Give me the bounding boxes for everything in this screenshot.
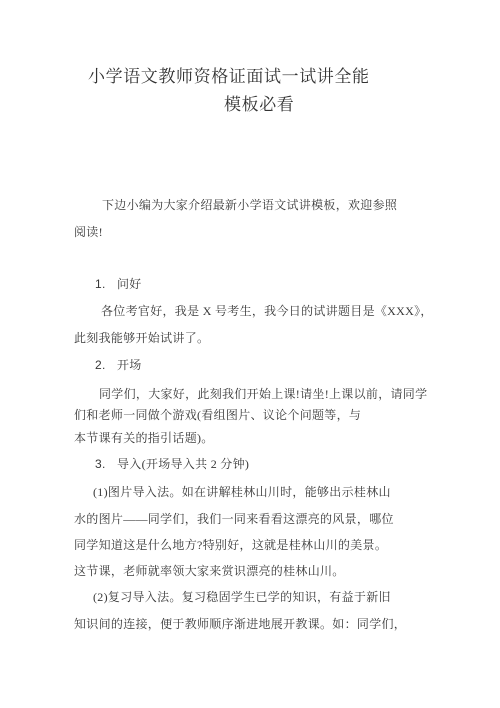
list-item-2-opening: 2.开场 [95,357,142,373]
document-page: 小学语文教师资格证面试一试讲全能 模板必看 下边小编为大家介绍最新小学语文试讲模… [0,0,500,708]
method1-paragraph-line-1: (1)图片导入法。如在讲解桂林山川时，能够出示桂林山 [93,484,391,500]
method2-paragraph-line-1: (2)复习导入法。复习稳固学生已学的知识，有益于新旧 [93,589,391,605]
page-title-line-2: 模板必看 [224,93,294,116]
list-item-number: 3. [95,456,117,472]
greeting-paragraph-line-1: 各位考官好，我是 X 号考生，我今日的试讲题目是《XXX》， [101,303,433,319]
greeting-paragraph-line-2: 此刻我能够开始试讲了。 [74,330,209,346]
method1-paragraph-line-2: 水的图片——同学们，我们一同来看看这漂亮的风景，哪位 [74,511,394,527]
page-title-line-1: 小学语文教师资格证面试一试讲全能 [88,65,370,88]
list-item-1-greeting: 1.问好 [95,276,142,292]
intro-paragraph-line-2: 阅读! [74,224,103,240]
intro-paragraph-line-1: 下边小编为大家介绍最新小学语文试讲模板，欢迎参照 [102,197,397,213]
list-item-number: 2. [95,357,117,373]
opening-paragraph-line-2: 们和老师一同做个游戏(看组图片、议论个问题等，与 [74,407,361,423]
opening-paragraph-line-3: 本节课有关的指引话题)。 [74,430,214,446]
method2-paragraph-line-2: 知识间的连接，便于教师顺序渐进地展开教课。如：同学们， [74,616,406,632]
list-item-label: 问好 [117,277,142,291]
method1-paragraph-line-4: 这节课，老师就率领大家来赏识漂亮的桂林山川。 [74,563,345,579]
list-item-number: 1. [95,276,117,292]
list-item-label: 导入(开场导入共 2 分钟) [117,457,249,471]
list-item-3-lead-in: 3.导入(开场导入共 2 分钟) [95,456,249,472]
list-item-label: 开场 [117,358,142,372]
method1-paragraph-line-3: 同学知道这是什么地方?特别好，这就是桂林山川的美景。 [74,537,387,553]
opening-paragraph-line-1: 同学们，大家好，此刻我们开始上课!请坐!上课以前，请同学 [99,386,427,402]
